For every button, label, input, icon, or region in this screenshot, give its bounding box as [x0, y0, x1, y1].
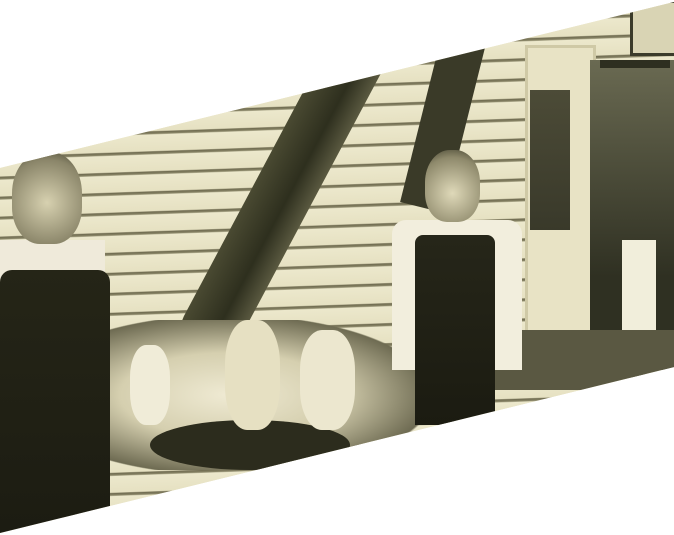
door-window	[530, 90, 570, 230]
boy-left-overalls	[0, 270, 110, 535]
window	[630, 0, 674, 56]
boy-right-head	[425, 150, 480, 222]
boy-left-head	[12, 152, 82, 244]
toy-bunny-2	[300, 330, 355, 430]
boy-right-overalls	[415, 235, 495, 425]
toy-dog	[130, 345, 170, 425]
toy-bunny	[225, 320, 280, 430]
screen-door-frame	[600, 60, 670, 68]
vintage-photo	[0, 0, 674, 535]
